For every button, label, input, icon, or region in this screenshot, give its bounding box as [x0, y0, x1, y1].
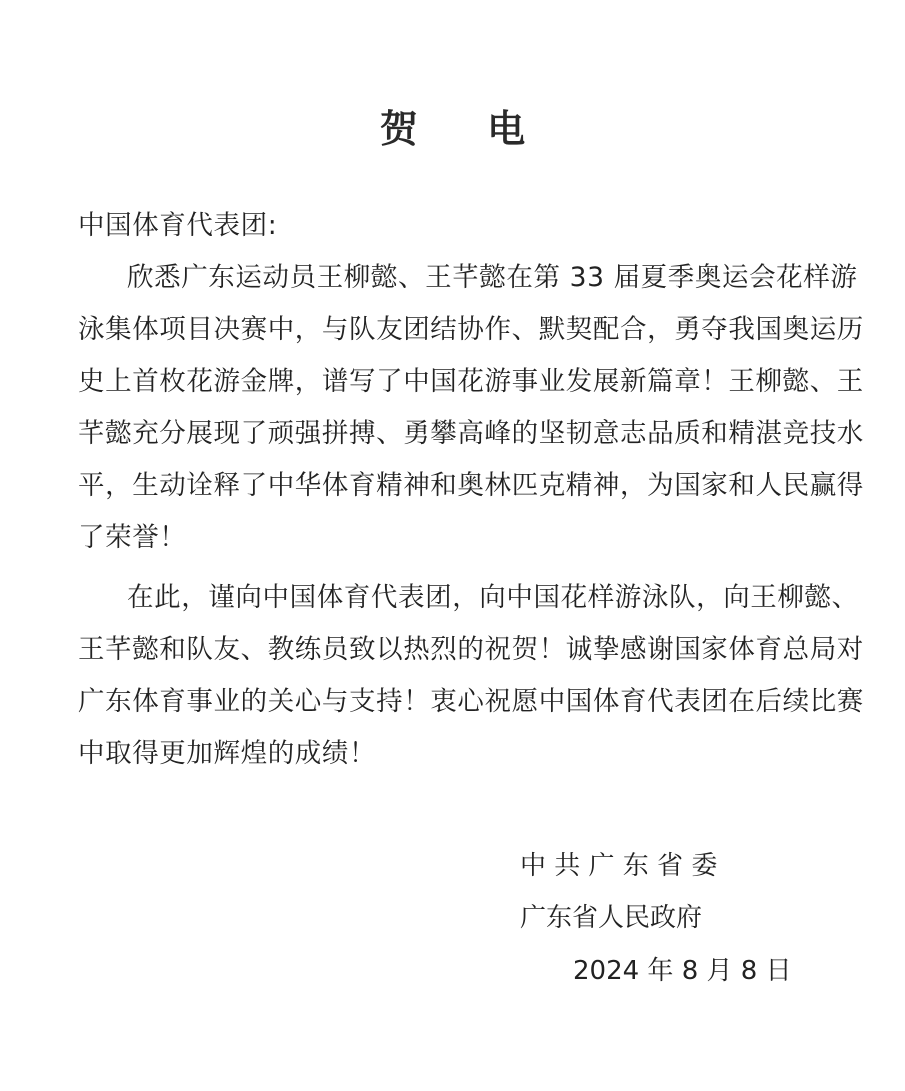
signature-org-party-committee: 中 共 广 东 省 委	[520, 845, 717, 882]
letter-title: 贺 电	[0, 98, 905, 153]
paragraph-line: 芊懿充分展现了顽强拼搏、勇攀高峰的坚韧意志品质和精湛竞技水	[78, 411, 864, 450]
paragraph-line: 在此，谨向中国体育代表团，向中国花样游泳队，向王柳懿、	[127, 575, 859, 614]
paragraph-line: 了荣誉！	[78, 515, 186, 554]
paragraph-line: 中取得更加辉煌的成绩！	[78, 731, 376, 770]
paragraph-line: 平，生动诠释了中华体育精神和奥林匹克精神，为国家和人民赢得	[78, 463, 864, 502]
signature-date: 2024 年 8 月 8 日	[573, 950, 792, 987]
salutation: 中国体育代表团:	[78, 203, 277, 242]
paragraph-line: 王芊懿和队友、教练员致以热烈的祝贺！诚挚感谢国家体育总局对	[78, 627, 864, 666]
paragraph-line: 广东体育事业的关心与支持！衷心祝愿中国体育代表团在后续比赛	[78, 679, 864, 718]
paragraph-line: 泳集体项目决赛中，与队友团结协作、默契配合，勇夺我国奥运历	[78, 307, 864, 346]
paragraph-line: 史上首枚花游金牌，谱写了中国花游事业发展新篇章！王柳懿、王	[78, 359, 864, 398]
signature-org-government: 广东省人民政府	[520, 897, 702, 934]
paragraph-line: 欣悉广东运动员王柳懿、王芊懿在第 33 届夏季奥运会花样游	[127, 255, 857, 294]
